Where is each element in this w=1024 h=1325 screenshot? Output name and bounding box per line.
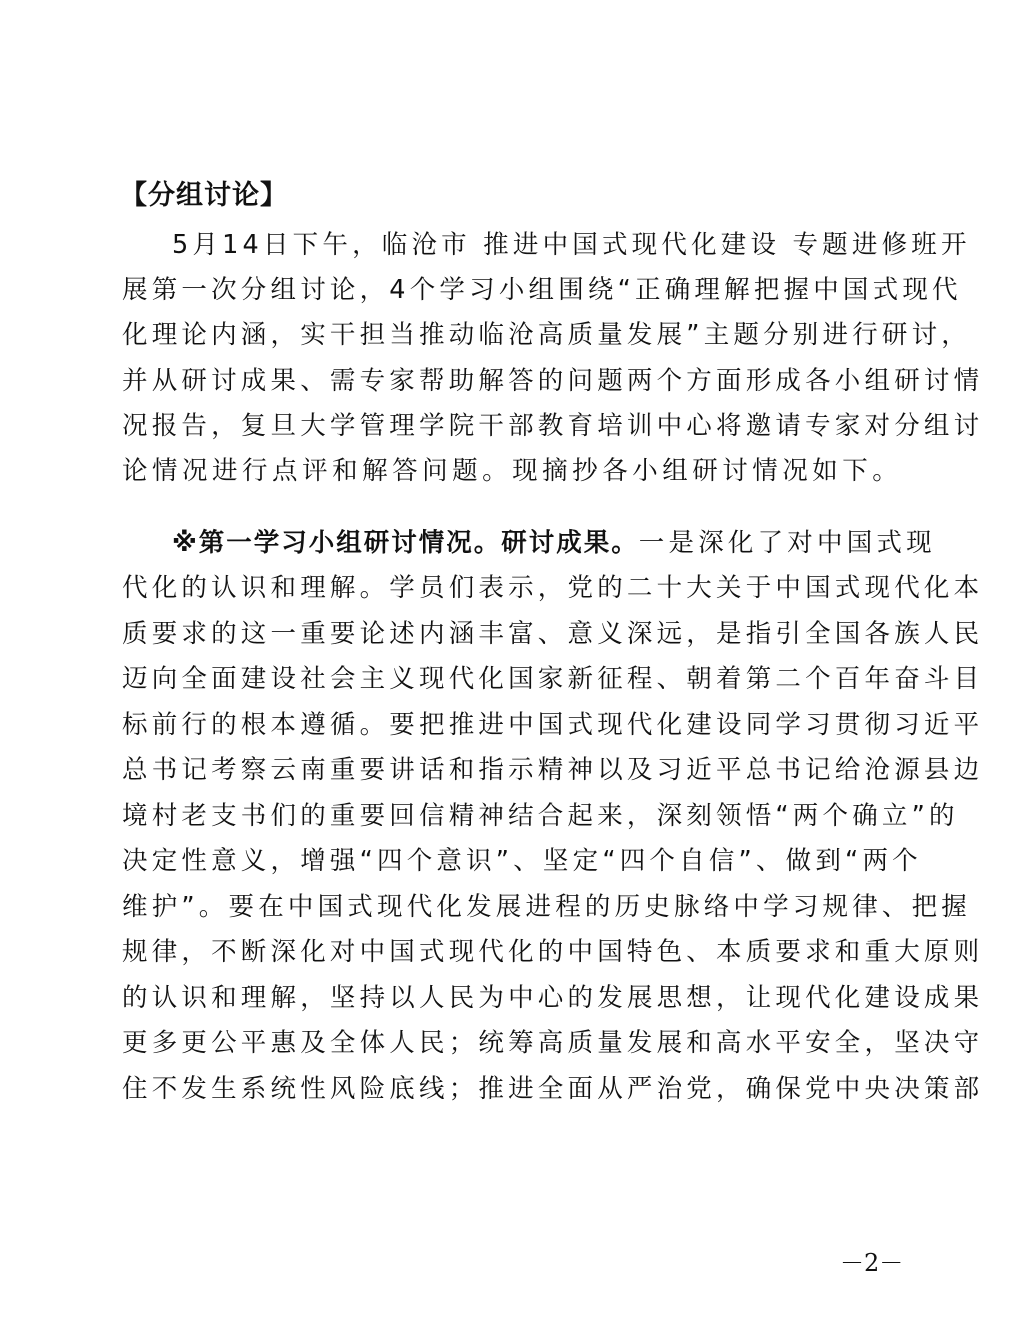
paragraph-line: 5月14日下午，临沧市 推进中国式现代化建设 专题进修班开 bbox=[172, 225, 902, 265]
paragraph-line: 规律，不断深化对中国式现代化的中国特色、本质要求和重大原则 bbox=[122, 932, 902, 972]
paragraph-line: 代化的认识和理解。学员们表示，党的二十大关于中国式现代化本 bbox=[122, 568, 902, 608]
paragraph-line: 更多更公平惠及全体人民；统筹高质量发展和高水平安全，坚决守 bbox=[122, 1023, 902, 1063]
paragraph-line: 况报告，复旦大学管理学院干部教育培训中心将邀请专家对分组讨 bbox=[122, 406, 902, 446]
paragraph-line: 决定性意义，增强“四个意识”、坚定“四个自信”、做到“两个 bbox=[122, 841, 902, 881]
paragraph-text: 一是深化了对中国式现 bbox=[639, 528, 936, 558]
document-page: 【分组讨论】 5月14日下午，临沧市 推进中国式现代化建设 专题进修班开 展第一… bbox=[0, 0, 1024, 1325]
paragraph-line: 迈向全面建设社会主义现代化国家新征程、朝着第二个百年奋斗目 bbox=[122, 659, 902, 699]
paragraph-line: 论情况进行点评和解答问题。现摘抄各小组研讨情况如下。 bbox=[122, 451, 902, 491]
page-number: －2－ bbox=[840, 1248, 903, 1278]
paragraph-line: 住不发生系统性风险底线；推进全面从严治党，确保党中央决策部 bbox=[122, 1069, 902, 1109]
paragraph-line-first: ※第一学习小组研讨情况。研讨成果。一是深化了对中国式现 bbox=[172, 523, 902, 563]
paragraph-line: 化理论内涵，实干担当推动临沧高质量发展”主题分别进行研讨， bbox=[122, 315, 902, 355]
paragraph-line: 的认识和理解，坚持以人民为中心的发展思想，让现代化建设成果 bbox=[122, 978, 902, 1018]
paragraph-line: 总书记考察云南重要讲话和指示精神以及习近平总书记给沧源县边 bbox=[122, 750, 902, 790]
paragraph-line: 境村老支书们的重要回信精神结合起来，深刻领悟“两个确立”的 bbox=[122, 796, 902, 836]
paragraph-line: 展第一次分组讨论，4个学习小组围绕“正确理解把握中国式现代 bbox=[122, 270, 902, 310]
group-heading: ※第一学习小组研讨情况。研讨成果。 bbox=[172, 528, 639, 558]
paragraph-line: 质要求的这一重要论述内涵丰富、意义深远，是指引全国各族人民 bbox=[122, 614, 902, 654]
paragraph-line: 维护”。要在中国式现代化发展进程的历史脉络中学习规律、把握 bbox=[122, 887, 902, 927]
paragraph-line: 标前行的根本遵循。要把推进中国式现代化建设同学习贯彻习近平 bbox=[122, 705, 902, 745]
section-heading: 【分组讨论】 bbox=[120, 176, 288, 216]
paragraph-line: 并从研讨成果、需专家帮助解答的问题两个方面形成各小组研讨情 bbox=[122, 361, 902, 401]
